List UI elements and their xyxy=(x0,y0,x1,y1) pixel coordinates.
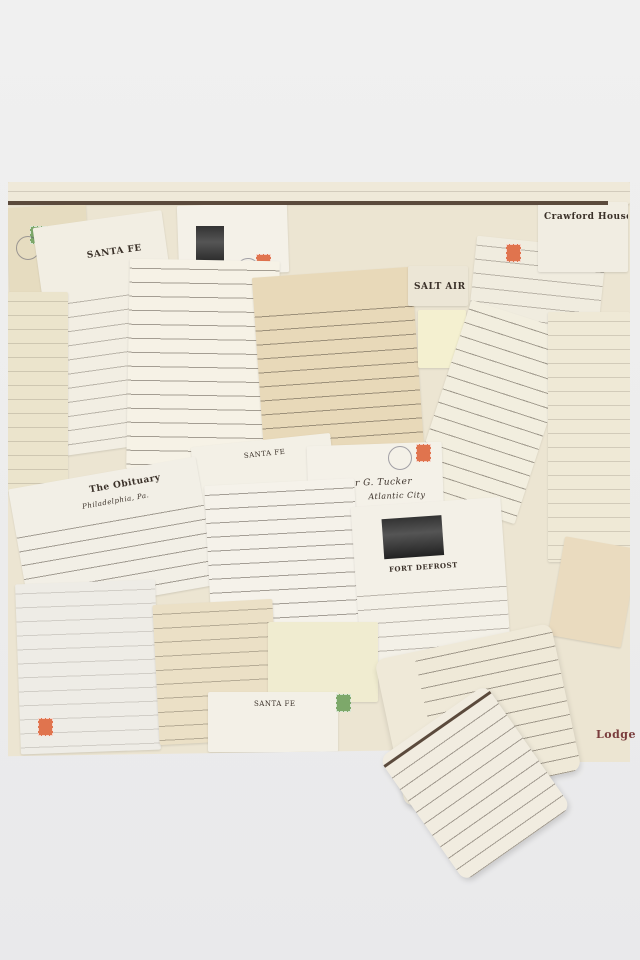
stamp-icon xyxy=(416,444,431,462)
postmark-icon xyxy=(388,446,412,470)
fabric-trim-band xyxy=(8,201,608,205)
letterhead-text: SANTA FE xyxy=(243,448,285,460)
envelope-city: Atlantic City xyxy=(368,490,425,501)
santa-fe-envelope-bottom: SANTA FE xyxy=(208,692,338,752)
letterhead-text: SANTA FE xyxy=(254,700,296,708)
crawford-house-letterhead: Crawford House xyxy=(538,202,628,272)
salt-air-text: SALT AIR xyxy=(414,282,466,292)
lodge-text: Lodge xyxy=(596,728,636,741)
salt-air-letterhead: SALT AIR xyxy=(408,266,468,306)
newspaper-masthead: The Obituary xyxy=(89,473,162,495)
letter-far-right xyxy=(548,312,630,562)
yellow-panel-lower xyxy=(268,622,378,702)
hotel-photo xyxy=(382,515,445,559)
stamp-icon xyxy=(38,718,53,736)
crawford-house-text: Crawford House xyxy=(544,212,628,222)
letter-left-mid xyxy=(8,292,68,492)
hotel-name-text: FORT DEFROST xyxy=(389,560,458,574)
stamp-icon xyxy=(506,244,521,262)
faded-letter-left xyxy=(15,580,161,755)
stamp-icon xyxy=(336,694,351,712)
